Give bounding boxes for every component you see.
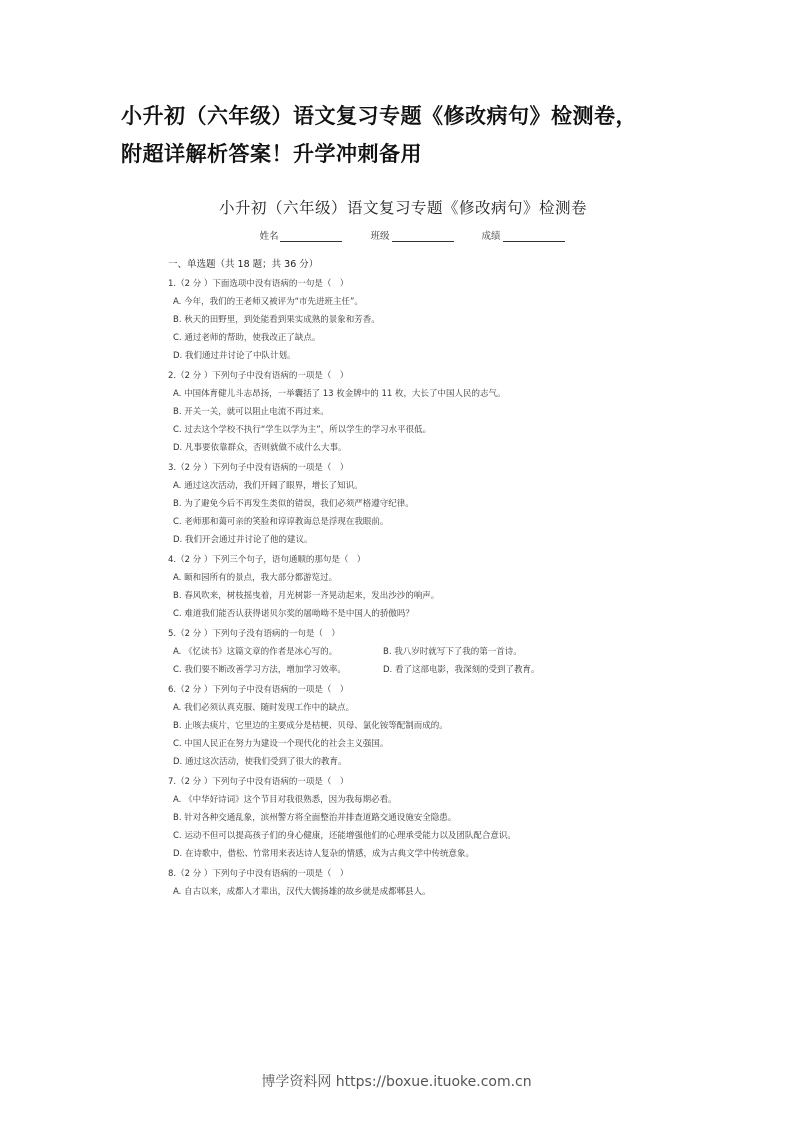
option-a: A. 《忆读书》这篇文章的作者是冰心写的。 (173, 646, 383, 658)
option-c: C. 难道我们能否认获得诺贝尔奖的屠呦呦不是中国人的骄傲吗？ (168, 608, 628, 620)
option-d: D. 通过这次活动，使我们受到了很大的教育。 (168, 756, 628, 768)
page-heading-line-2: 附超详解析答案！升学冲刺备用 (121, 135, 681, 173)
student-info-row: 姓名 班级 成绩 (196, 228, 628, 242)
option-a: A. 今年，我们的王老师又被评为“市先进班主任”。 (168, 296, 628, 308)
option-c: C. 过去这个学校不执行“学生以学为主”，所以学生的学习水平很低。 (168, 424, 628, 436)
page-heading: 小升初（六年级）语文复习专题《修改病句》检测卷， 附超详解析答案！升学冲刺备用 (121, 97, 681, 173)
name-field: 姓名 (259, 228, 342, 242)
option-c: C. 我们要不断改善学习方法，增加学习效率。 (173, 664, 383, 676)
exam-title: 小升初（六年级）语文复习专题《修改病句》检测卷 (178, 196, 628, 218)
option-a: A. 中国体育健儿斗志昂扬，一举囊括了 13 枚金牌中的 11 枚，大长了中国人… (168, 388, 628, 400)
option-c: C. 中国人民正在努力为建设一个现代化的社会主义强国。 (168, 738, 628, 750)
scanned-exam-sheet: 小升初（六年级）语文复习专题《修改病句》检测卷 姓名 班级 成绩 一、单选题（共… (168, 196, 628, 898)
section-title: 一、单选题（共 18 题；共 36 分） (168, 256, 628, 270)
question-stem: 2.（2 分 ）下列句子中没有语病的一项是（ ） (168, 370, 628, 382)
option-b: B. 开关一关，就可以阻止电流不再过来。 (168, 406, 628, 418)
option-b: B. 为了避免今后不再发生类似的错误，我们必须严格遵守纪律。 (168, 498, 628, 510)
question-stem: 8.（2 分 ）下列句子中没有语病的一项是（ ） (168, 868, 628, 880)
option-c: C. 通过老师的帮助，使我改正了缺点。 (168, 332, 628, 344)
score-label: 成绩 (482, 228, 501, 242)
option-b: B. 春风吹来，树枝摇曳着，月光树影一齐晃动起来，发出沙沙的响声。 (168, 590, 628, 602)
question-5: 5.（2 分 ）下列句子没有语病的一句是（ ） A. 《忆读书》这篇文章的作者是… (168, 628, 628, 676)
options-grid: A. 《忆读书》这篇文章的作者是冰心写的。 B. 我八岁时就写下了我的第一首诗。… (168, 646, 628, 676)
question-3: 3.（2 分 ）下列句子中没有语病的一项是（ ） A. 通过这次活动，我们开阔了… (168, 462, 628, 546)
option-b: B. 我八岁时就写下了我的第一首诗。 (383, 646, 628, 658)
option-b: B. 止咳去痰片，它里边的主要成分是桔梗、贝母、氯化铵等配制而成的。 (168, 720, 628, 732)
option-d: D. 凡事要依靠群众，否则就做不成什么大事。 (168, 442, 628, 454)
option-c: C. 运动不但可以提高孩子们的身心健康，还能增强他们的心理承受能力以及团队配合意… (168, 830, 628, 842)
class-field: 班级 (370, 228, 453, 242)
footer-watermark: 博学资料网 https://boxue.ituoke.com.cn (0, 1071, 793, 1091)
question-stem: 1.（2 分 ）下面选项中没有语病的一句是（ ） (168, 278, 628, 290)
option-d: D. 我们通过并讨论了中队计划。 (168, 350, 628, 362)
name-label: 姓名 (259, 228, 278, 242)
question-stem: 4.（2 分 ）下列三个句子，语句通顺的那句是（ ） (168, 554, 628, 566)
option-c: C. 老师那和蔼可亲的笑脸和谆谆教诲总是浮现在我眼前。 (168, 516, 628, 528)
option-b: B. 秋天的田野里，到处能看到果实成熟的景象和芳香。 (168, 314, 628, 326)
option-b: B. 针对各种交通乱象，滨州警方将全面整治并排查道路交通设施安全隐患。 (168, 812, 628, 824)
question-stem: 5.（2 分 ）下列句子没有语病的一句是（ ） (168, 628, 628, 640)
option-a: A. 颐和园所有的景点，我大部分都游览过。 (168, 572, 628, 584)
score-field: 成绩 (482, 228, 565, 242)
question-2: 2.（2 分 ）下列句子中没有语病的一项是（ ） A. 中国体育健儿斗志昂扬，一… (168, 370, 628, 454)
question-1: 1.（2 分 ）下面选项中没有语病的一句是（ ） A. 今年，我们的王老师又被评… (168, 278, 628, 362)
class-label: 班级 (370, 228, 389, 242)
question-8: 8.（2 分 ）下列句子中没有语病的一项是（ ） A. 自古以来，成都人才辈出，… (168, 868, 628, 898)
question-4: 4.（2 分 ）下列三个句子，语句通顺的那句是（ ） A. 颐和园所有的景点，我… (168, 554, 628, 620)
score-blank-line (503, 231, 565, 242)
question-stem: 3.（2 分 ）下列句子中没有语病的一项是（ ） (168, 462, 628, 474)
option-d: D. 在诗歌中，借松、竹常用来表达诗人复杂的情感，成为古典文学中传统意象。 (168, 848, 628, 860)
name-blank-line (280, 231, 342, 242)
question-7: 7.（2 分 ）下列句子中没有语病的一项是（ ） A. 《中华好诗词》这个节目对… (168, 776, 628, 860)
option-a: A. 通过这次活动，我们开阔了眼界，增长了知识。 (168, 480, 628, 492)
question-stem: 7.（2 分 ）下列句子中没有语病的一项是（ ） (168, 776, 628, 788)
option-a: A. 《中华好诗词》这个节目对我很熟悉，因为我每期必看。 (168, 794, 628, 806)
option-d: D. 我们开会通过并讨论了他的建议。 (168, 534, 628, 546)
class-blank-line (392, 231, 454, 242)
option-a: A. 自古以来，成都人才辈出，汉代大儒扬雄的故乡就是成都郫县人。 (168, 886, 628, 898)
question-stem: 6.（2 分 ）下列句子中没有语病的一项是（ ） (168, 684, 628, 696)
question-6: 6.（2 分 ）下列句子中没有语病的一项是（ ） A. 我们必须认真克服、随时发… (168, 684, 628, 768)
page-heading-line-1: 小升初（六年级）语文复习专题《修改病句》检测卷， (121, 97, 681, 135)
option-d: D. 看了这部电影，我深刻的受到了教育。 (383, 664, 628, 676)
option-a: A. 我们必须认真克服、随时发现工作中的缺点。 (168, 702, 628, 714)
